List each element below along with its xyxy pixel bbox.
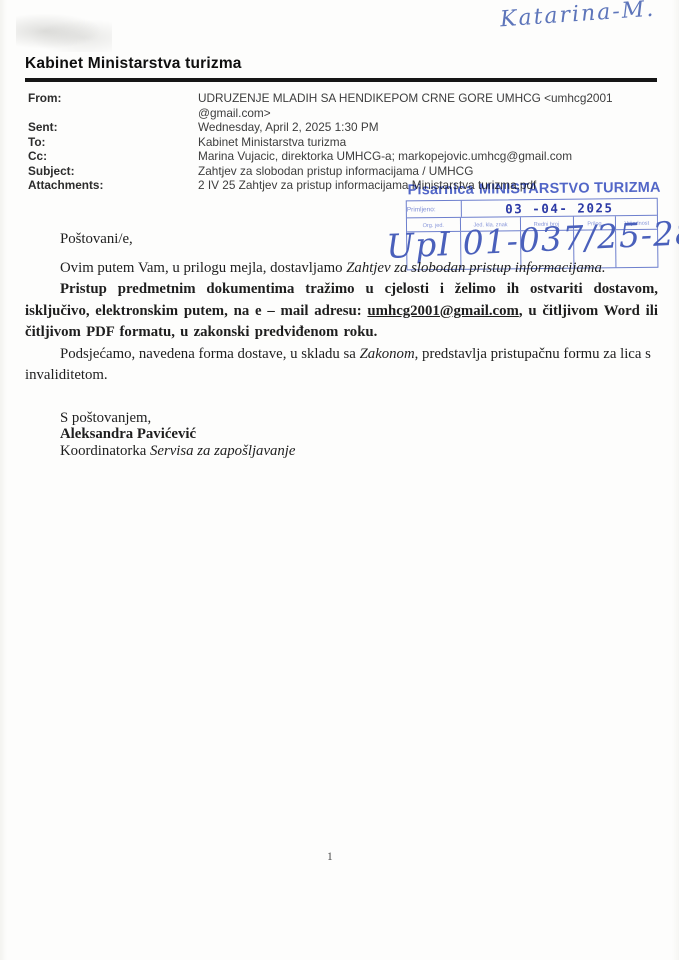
field-row-sent: Sent: Wednesday, April 2, 2025 1:30 PM	[28, 120, 660, 135]
to-value: Kabinet Ministarstva turizma	[198, 135, 660, 150]
field-row-from: From: UDRUZENJE MLADIH SA HENDIKEPOM CRN…	[28, 91, 660, 120]
email-address-link: umhcg2001@gmail.com	[367, 303, 518, 319]
paragraph-reminder-italic: Zakonom	[360, 346, 415, 362]
signature-role-plain: Koordinatorka	[60, 443, 150, 459]
email-body: Poštovani/e, Ovim putem Vam, u prilogu m…	[25, 229, 658, 459]
paragraph-reminder-text-a: Podsjećamo, navedena forma dostave, u sk…	[60, 346, 360, 362]
signature-closing: S poštovanjem,	[25, 410, 658, 427]
stamp-received-date: 03 -04- 2025	[462, 199, 657, 216]
to-label: To:	[28, 135, 198, 150]
attachments-label: Attachments:	[28, 178, 198, 193]
email-header-fields: From: UDRUZENJE MLADIH SA HENDIKEPOM CRN…	[28, 91, 660, 193]
cc-label: Cc:	[28, 149, 198, 164]
paragraph-reminder: Podsjećamo, navedena forma dostave, u sk…	[25, 344, 658, 387]
salutation: Poštovani/e,	[25, 229, 658, 251]
signature-role: Koordinatorka Servisa za zapošljavanje	[25, 443, 658, 460]
from-value-line2: @gmail.com>	[198, 106, 660, 121]
scanned-document-page: Katarina-M. Kabinet Ministarstva turizma…	[0, 0, 679, 960]
signature-name: Aleksandra Pavićević	[25, 426, 658, 443]
stamp-ministry-name: MINISTARSTVO TURIZMA	[479, 180, 661, 198]
document-header-title: Kabinet Ministarstva turizma	[25, 55, 657, 82]
paragraph-intro: Ovim putem Vam, u prilogu mejla, dostavl…	[25, 258, 658, 280]
field-row-to: To: Kabinet Ministarstva turizma	[28, 135, 660, 150]
stamp-received-label-cell: Primljeno:	[407, 201, 462, 218]
subject-value: Zahtjev za slobodan pristup informacijam…	[198, 164, 660, 179]
stamp-title: PisarnicaMINISTARSTVO TURIZMA	[398, 180, 679, 199]
stamp-registry-label: Pisarnica	[408, 182, 474, 199]
handwritten-name-annotation: Katarina-M.	[499, 0, 656, 32]
paragraph-intro-text: Ovim putem Vam, u prilogu mejla, dostavl…	[60, 260, 346, 276]
from-value-line1: UDRUZENJE MLADIH SA HENDIKEPOM CRNE GORE…	[198, 91, 660, 106]
sent-label: Sent:	[28, 120, 198, 135]
paragraph-request: Pristup predmetnim dokumentima tražimo u…	[25, 279, 658, 344]
from-value: UDRUZENJE MLADIH SA HENDIKEPOM CRNE GORE…	[198, 91, 660, 120]
signature-block: S poštovanjem, Aleksandra Pavićević Koor…	[25, 410, 658, 460]
pencil-smudge	[16, 14, 112, 52]
page-number: 1	[327, 851, 333, 863]
cc-value: Marina Vujacic, direktorka UMHCG-a; mark…	[198, 149, 660, 164]
from-label: From:	[28, 91, 198, 120]
signature-role-italic: Servisa za zapošljavanje	[150, 443, 296, 459]
field-row-subject: Subject: Zahtjev za slobodan pristup inf…	[28, 164, 660, 179]
field-row-cc: Cc: Marina Vujacic, direktorka UMHCG-a; …	[28, 149, 660, 164]
subject-label: Subject:	[28, 164, 198, 179]
sent-value: Wednesday, April 2, 2025 1:30 PM	[198, 120, 660, 135]
stamp-received-label: Primljeno:	[407, 205, 436, 213]
paragraph-intro-italic: Zahtjev za slobodan pristup informacijam…	[346, 260, 605, 276]
